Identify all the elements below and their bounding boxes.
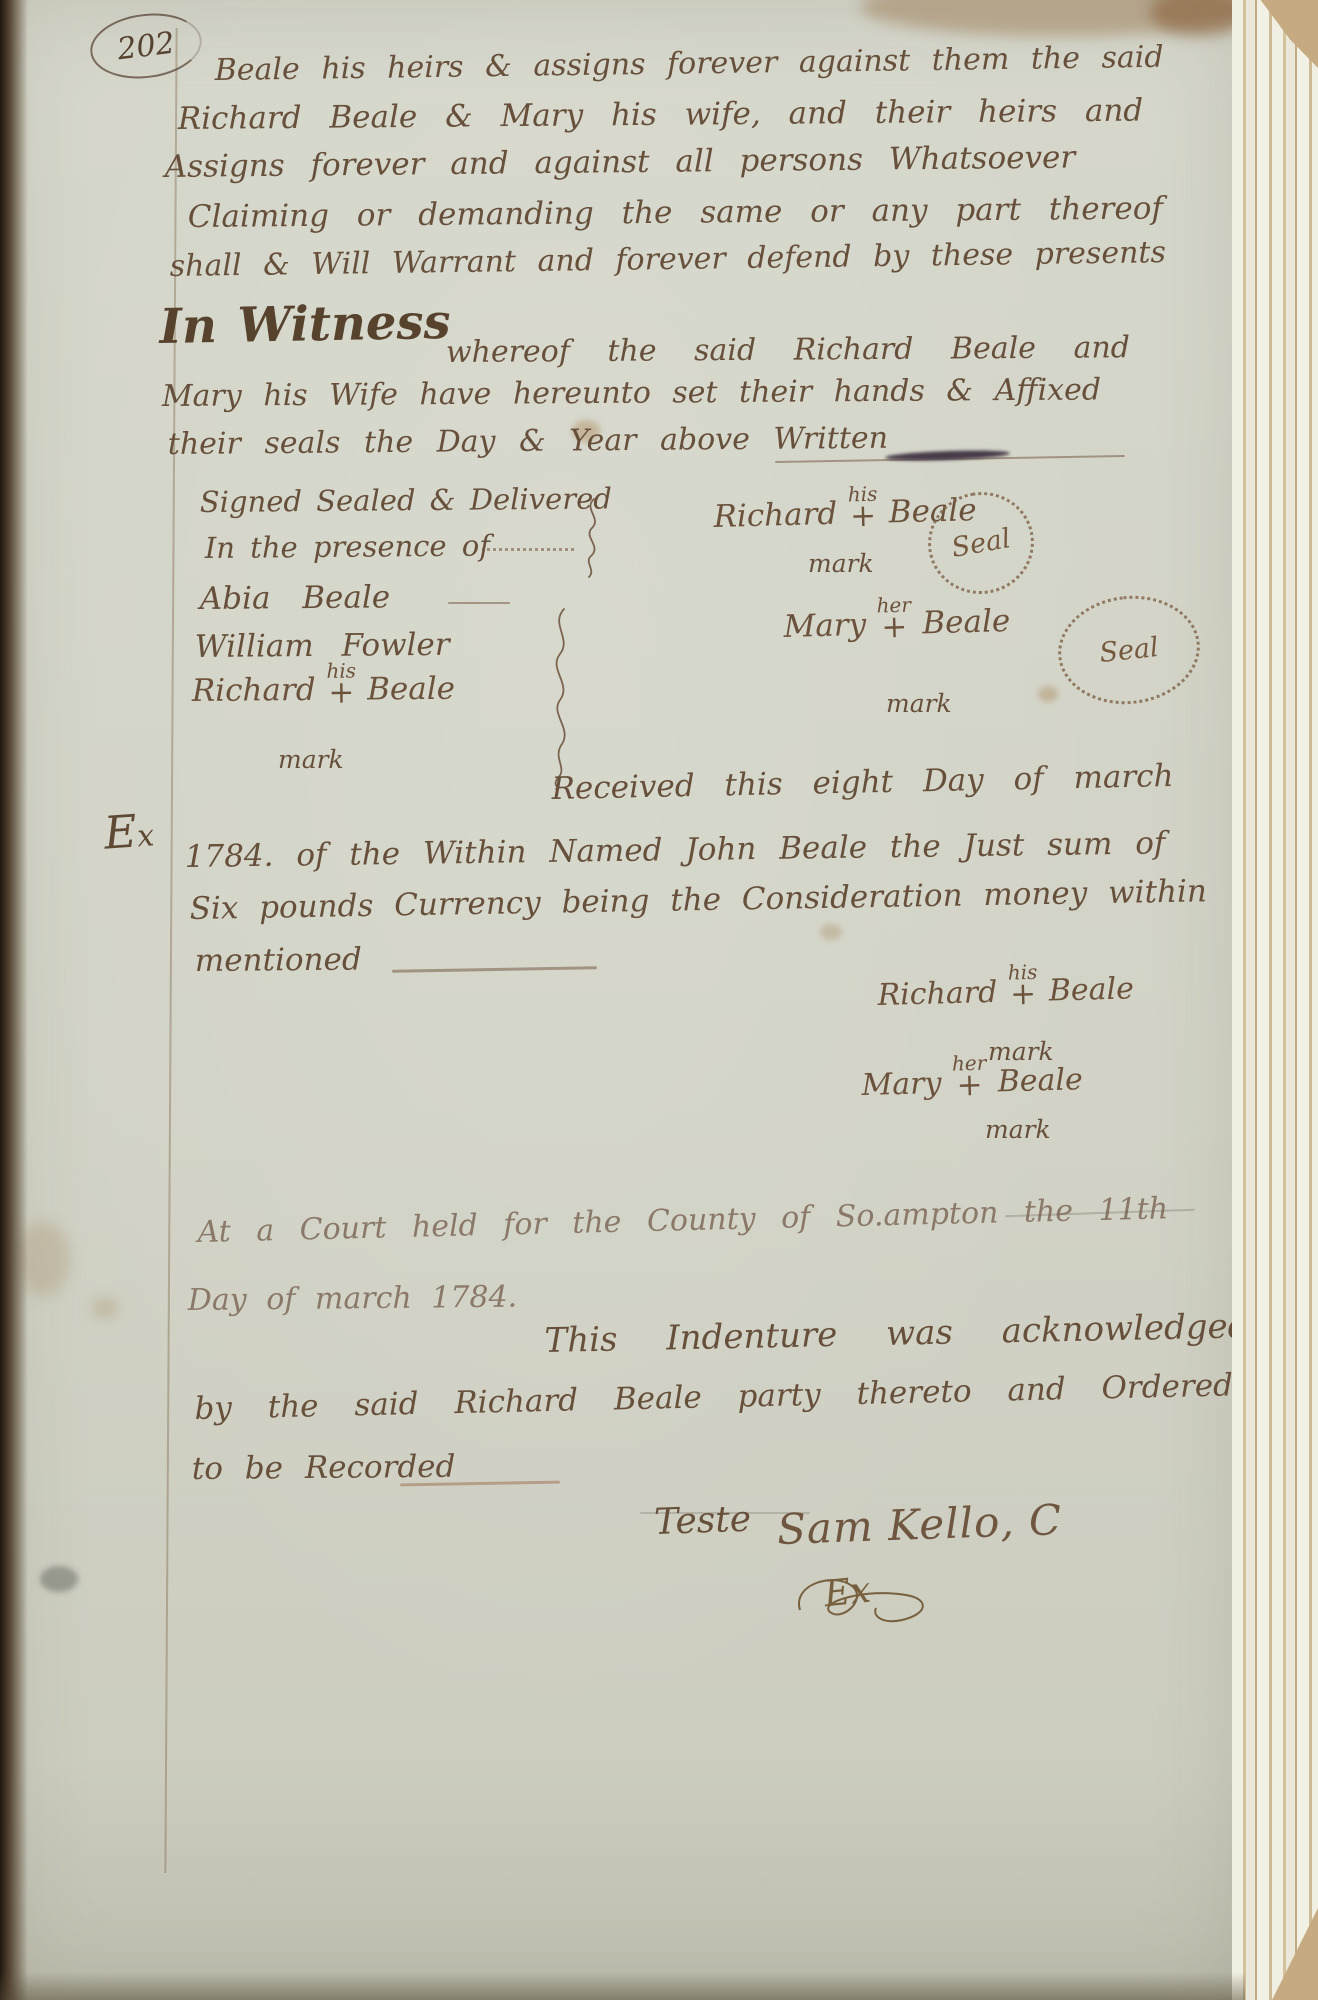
- receipt-line: 1784. of the Within Named John Beale the…: [185, 826, 1166, 875]
- brace-squiggle: [538, 606, 578, 792]
- witness-mark-signature: Richard his + Beale: [192, 660, 456, 708]
- signature-first-name: Richard: [877, 978, 997, 1011]
- signature-mark-cross: her +: [952, 1053, 987, 1099]
- cross-mark: +: [956, 1072, 983, 1099]
- signature-last-name: Beale: [997, 1066, 1083, 1098]
- signature-mark-cross: her +: [876, 595, 911, 641]
- signature-mark-cross: his +: [848, 484, 879, 530]
- signature-mark-cross: his +: [1008, 962, 1039, 1008]
- margin-examined-mark: Ex: [103, 812, 155, 851]
- seal-label: Seal: [1098, 631, 1160, 668]
- cross-mark: +: [328, 680, 354, 707]
- stain: [820, 924, 842, 940]
- teste-label: Teste: [654, 1499, 752, 1544]
- seal-stamp: Seal: [1053, 589, 1206, 711]
- page-number-text: 202: [115, 25, 176, 67]
- stain: [92, 1298, 118, 1318]
- signature-first-name: Richard: [192, 675, 316, 707]
- receipt-signature-mary: Mary her + Beale: [861, 1050, 1083, 1101]
- receipt-line: Six pounds Currency being the Considerat…: [189, 874, 1207, 927]
- deed-line: shall & Will Warrant and forever defend …: [170, 236, 1167, 284]
- deed-line: Mary his Wife have hereunto set their ha…: [162, 373, 1101, 414]
- signature-last-name: Beale: [1048, 975, 1134, 1007]
- signature-mark-cross: his +: [326, 661, 356, 707]
- deed-witness-emphasis: In Witness: [159, 295, 451, 355]
- cross-mark: +: [850, 503, 877, 530]
- clerk-flourish: Ex: [790, 1568, 940, 1638]
- manuscript-photo: 202 Beale his heirs & assigns forever ag…: [0, 0, 1318, 2000]
- mark-under-word: mark: [278, 746, 344, 775]
- manuscript-page: 202 Beale his heirs & assigns forever ag…: [0, 0, 1245, 2000]
- stain: [40, 1566, 78, 1592]
- signature-first-name: Mary: [861, 1069, 942, 1101]
- signature-last-name: Beale: [922, 606, 1011, 639]
- deed-line: Richard Beale & Mary his wife, and their…: [178, 94, 1144, 138]
- court-line: At a Court held for the County of So.amp…: [197, 1192, 1168, 1250]
- flourish-text: Ex: [822, 1570, 873, 1616]
- cross-mark: +: [881, 614, 908, 641]
- court-line: Day of march 1784.: [188, 1281, 518, 1319]
- signature-first-name: Mary: [783, 610, 866, 643]
- cross-mark: +: [1010, 981, 1037, 1008]
- flourish-line: [392, 966, 597, 973]
- sealed-signature-mary: Mary her + Beale: [783, 592, 1011, 643]
- mark-under-word: mark: [886, 690, 952, 719]
- stain: [1038, 686, 1058, 702]
- deed-line: their seals the Day & Year above Written: [168, 422, 888, 463]
- deed-line: Claiming or demanding the same or any pa…: [188, 191, 1163, 235]
- signature-last-name: Beale: [367, 674, 455, 706]
- receipt-signature-richard: Richard his + Beale: [877, 959, 1134, 1011]
- deed-line: Assigns forever and against all persons …: [165, 140, 1076, 185]
- book-page-edges: [1232, 0, 1318, 2000]
- witness-name: Abia Beale: [200, 580, 391, 617]
- deed-line: whereof the said Richard Beale and: [446, 331, 1130, 370]
- brace-squiggle: [578, 496, 606, 580]
- deed-line: Beale his heirs & assigns forever agains…: [215, 41, 1164, 89]
- seal-label: Seal: [949, 523, 1013, 564]
- page-number: 202: [87, 7, 206, 84]
- mark-under-word: mark: [808, 550, 874, 579]
- receipt-line: Received this eight Day of march: [551, 759, 1174, 808]
- attestation-line: In the presence of: [205, 530, 490, 566]
- ink-blot: [885, 449, 1010, 462]
- clerk-signature: Sam Kello, C: [776, 1496, 1063, 1554]
- book-gutter-shadow: [0, 0, 28, 2000]
- court-line: This Indenture was acknowledged: [544, 1307, 1250, 1361]
- flourish-line: [448, 602, 510, 604]
- attestation-line: Signed Sealed & Delivered: [200, 482, 612, 519]
- court-line: by the said Richard Beale party thereto …: [194, 1368, 1233, 1427]
- mark-under-word: mark: [985, 1116, 1051, 1145]
- page-bottom-shadow: [0, 1972, 1245, 2000]
- signature-first-name: Richard: [713, 499, 838, 533]
- receipt-line: mentioned: [195, 943, 362, 980]
- court-line: to be Recorded: [192, 1450, 456, 1488]
- dotted-line: [482, 548, 574, 551]
